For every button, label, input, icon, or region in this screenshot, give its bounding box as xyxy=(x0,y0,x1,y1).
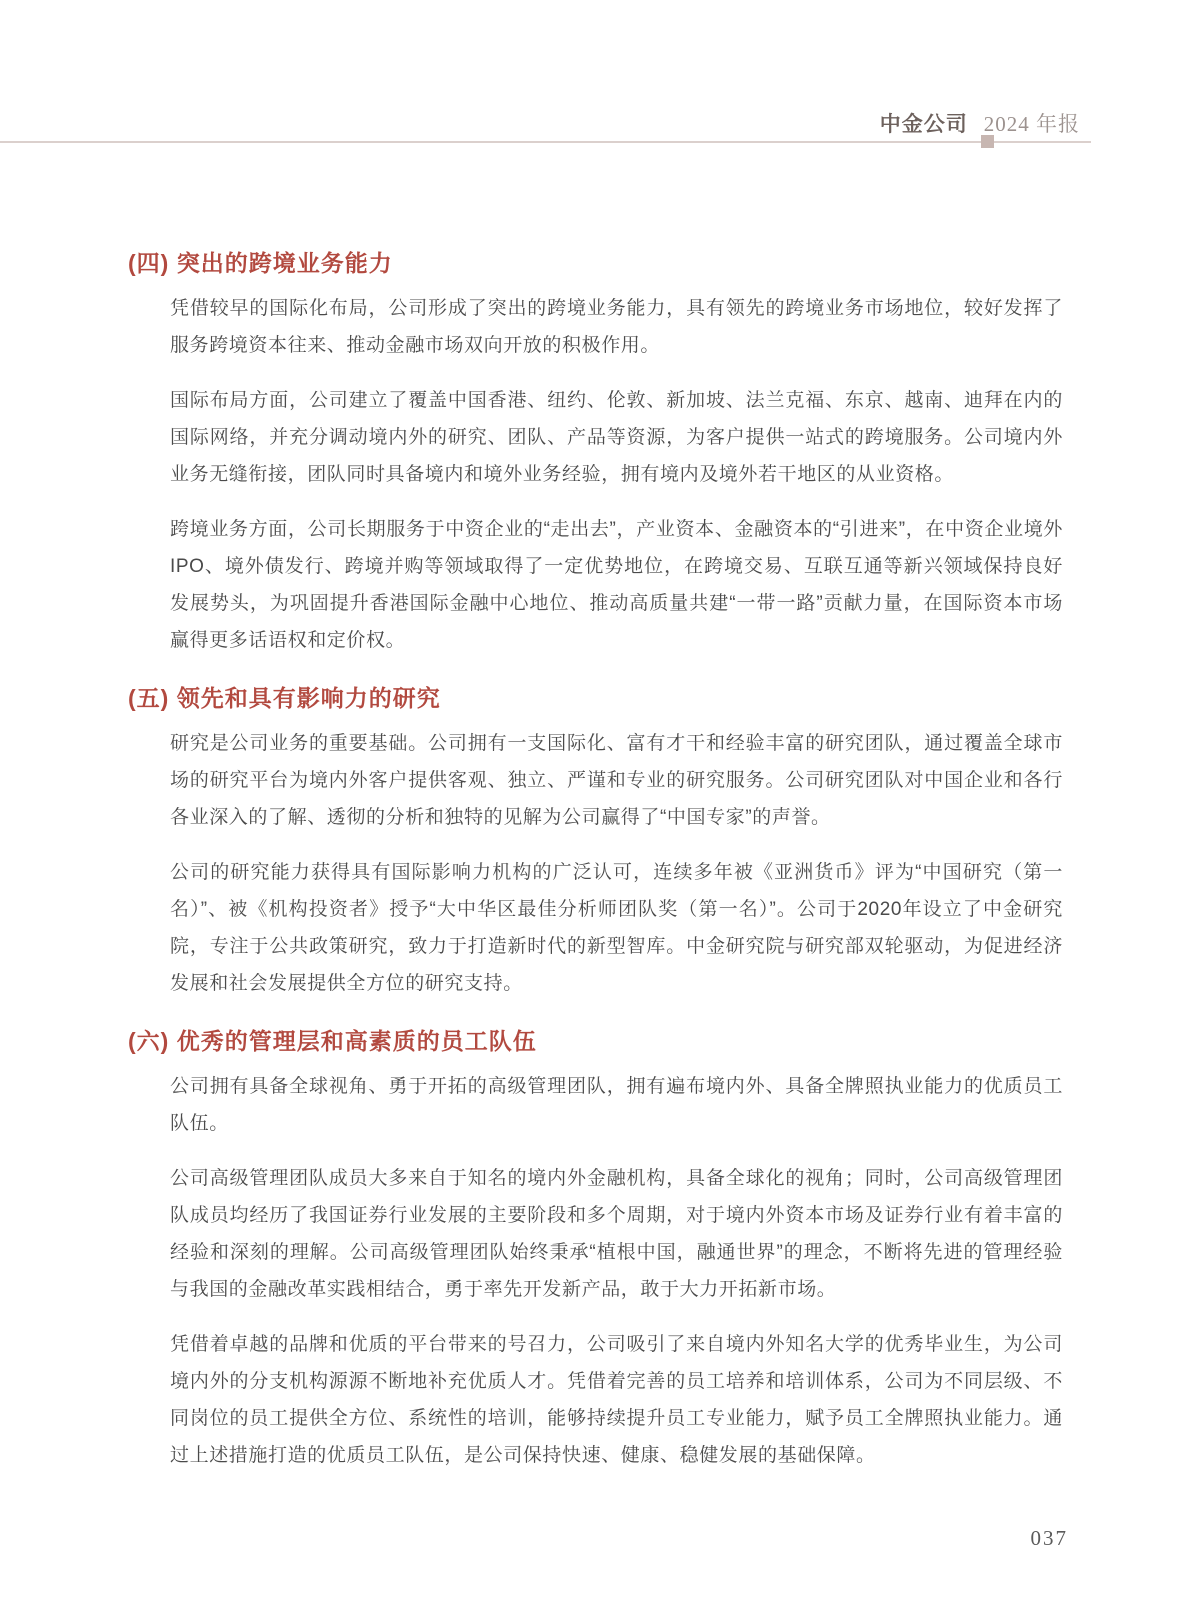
paragraph: 跨境业务方面，公司长期服务于中资企业的“走出去”，产业资本、金融资本的“引进来”… xyxy=(170,511,1063,659)
divider-square-decoration xyxy=(981,135,994,148)
section-management-and-staff: (六) 优秀的管理层和高素质的员工队伍 公司拥有具备全球视角、勇于开拓的高级管理… xyxy=(128,1024,1064,1474)
section-cross-border-capability: (四) 突出的跨境业务能力 凭借较早的国际化布局，公司形成了突出的跨境业务能力，… xyxy=(128,246,1064,659)
paragraph: 公司高级管理团队成员大多来自于知名的境内外金融机构，具备全球化的视角；同时，公司… xyxy=(170,1160,1063,1308)
paragraph: 公司的研究能力获得具有国际影响力机构的广泛认可，连续多年被《亚洲货币》评为“中国… xyxy=(170,854,1063,1002)
company-name: 中金公司 xyxy=(880,112,968,136)
section-heading: (四) 突出的跨境业务能力 xyxy=(128,246,1064,280)
header-title: 中金公司2024 年报 xyxy=(880,108,1080,138)
section-leading-research: (五) 领先和具有影响力的研究 研究是公司业务的重要基础。公司拥有一支国际化、富… xyxy=(128,681,1064,1002)
paragraph: 国际布局方面，公司建立了覆盖中国香港、纽约、伦敦、新加坡、法兰克福、东京、越南、… xyxy=(170,382,1063,493)
page-number: 037 xyxy=(1031,1526,1069,1551)
header-divider xyxy=(0,141,1091,143)
paragraph: 研究是公司业务的重要基础。公司拥有一支国际化、富有才干和经验丰富的研究团队，通过… xyxy=(170,725,1063,836)
page-content: (四) 突出的跨境业务能力 凭借较早的国际化布局，公司形成了突出的跨境业务能力，… xyxy=(128,246,1064,1474)
section-heading: (六) 优秀的管理层和高素质的员工队伍 xyxy=(128,1024,1064,1058)
paragraph: 凭借着卓越的品牌和优质的平台带来的号召力，公司吸引了来自境内外知名大学的优秀毕业… xyxy=(170,1326,1063,1474)
report-edition: 2024 年报 xyxy=(984,112,1080,136)
paragraph: 公司拥有具备全球视角、勇于开拓的高级管理团队，拥有遍布境内外、具备全牌照执业能力… xyxy=(170,1068,1063,1142)
paragraph: 凭借较早的国际化布局，公司形成了突出的跨境业务能力，具有领先的跨境业务市场地位，… xyxy=(170,290,1063,364)
section-heading: (五) 领先和具有影响力的研究 xyxy=(128,681,1064,715)
